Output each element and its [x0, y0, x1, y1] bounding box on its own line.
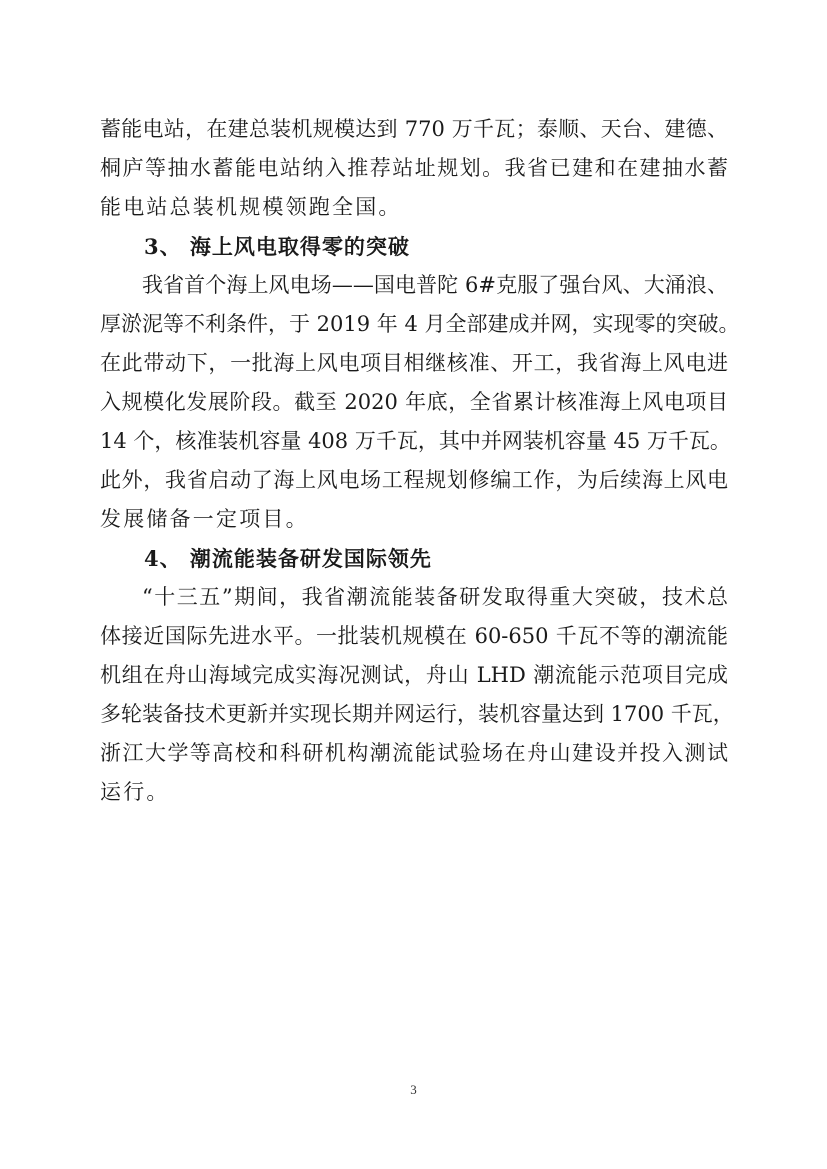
paragraph-line: “十三五”期间，我省潮流能装备研发取得重大突破，技术总: [100, 578, 728, 617]
paragraph-line: 能电站总装机规模领跑全国。: [100, 188, 728, 227]
page-number: 3: [0, 1082, 827, 1098]
paragraph-line: 厚淤泥等不利条件，于 2019 年 4 月全部建成并网，实现零的突破。: [100, 305, 728, 344]
paragraph-line: 机组在舟山海域完成实海况测试，舟山 LHD 潮流能示范项目完成: [100, 656, 728, 695]
paragraph-line: 我省首个海上风电场——国电普陀 6#克服了强台风、大涌浪、: [100, 266, 728, 305]
document-page-body: 蓄能电站，在建总装机规模达到 770 万千瓦；泰顺、天台、建德、 桐庐等抽水蓄能…: [100, 110, 728, 812]
paragraph-line: 蓄能电站，在建总装机规模达到 770 万千瓦；泰顺、天台、建德、: [100, 110, 728, 149]
paragraph-line: 多轮装备技术更新并实现长期并网运行，装机容量达到 1700 千瓦，: [100, 695, 728, 734]
paragraph-line: 体接近国际先进水平。一批装机规模在 60-650 千瓦不等的潮流能: [100, 617, 728, 656]
paragraph-line: 发展储备一定项目。: [100, 500, 728, 539]
paragraph-line: 入规模化发展阶段。截至 2020 年底，全省累计核准海上风电项目: [100, 383, 728, 422]
paragraph-line: 运行。: [100, 773, 728, 812]
paragraph-line: 浙江大学等高校和科研机构潮流能试验场在舟山建设并投入测试: [100, 734, 728, 773]
paragraph-line: 桐庐等抽水蓄能电站纳入推荐站址规划。我省已建和在建抽水蓄: [100, 149, 728, 188]
paragraph-line: 此外，我省启动了海上风电场工程规划修编工作，为后续海上风电: [100, 461, 728, 500]
paragraph-line: 14 个，核准装机容量 408 万千瓦，其中并网装机容量 45 万千瓦。: [100, 422, 728, 461]
paragraph-line: 在此带动下，一批海上风电项目相继核准、开工，我省海上风电进: [100, 344, 728, 383]
section-heading-3: 3、 海上风电取得零的突破: [100, 227, 728, 266]
section-heading-4: 4、 潮流能装备研发国际领先: [100, 539, 728, 578]
